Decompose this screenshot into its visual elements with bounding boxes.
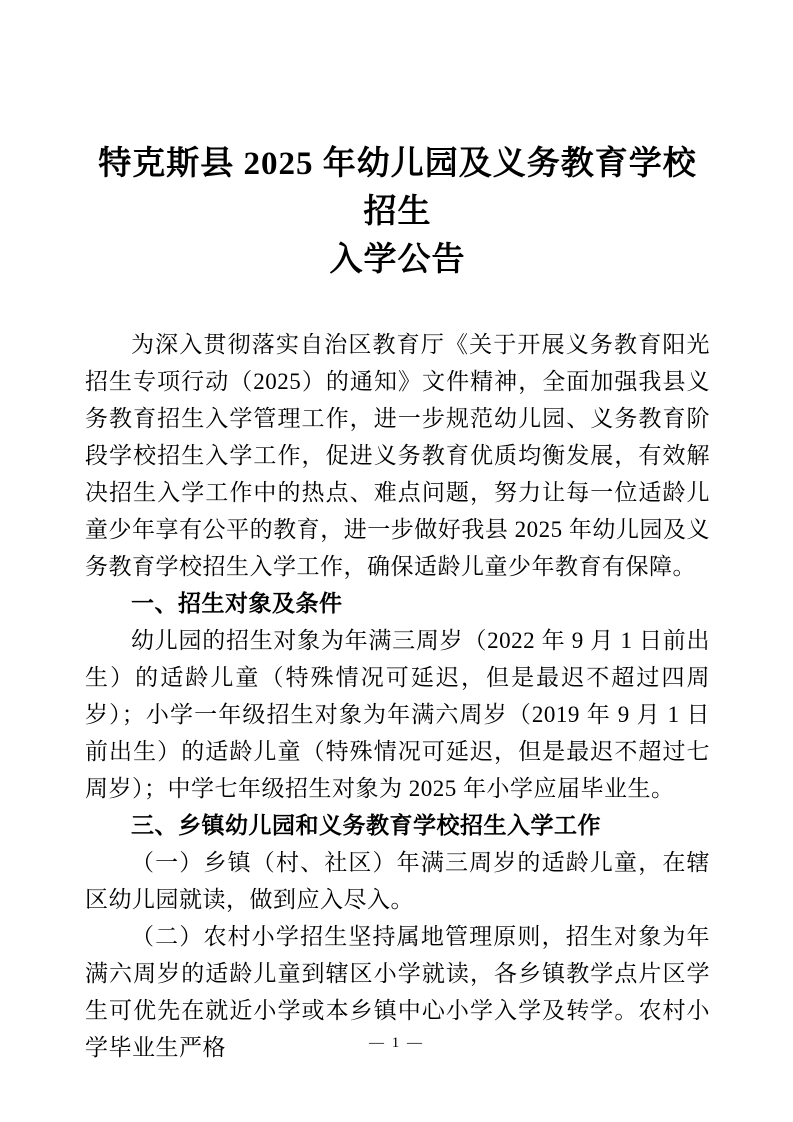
paragraph-intro: 为深入贯彻落实自治区教育厅《关于开展义务教育阳光招生专项行动（2025）的通知》… bbox=[85, 326, 710, 585]
document-title-line-2: 入学公告 bbox=[85, 236, 710, 284]
paragraph-item-1-township-kindergarten: （一）乡镇（村、社区）年满三周岁的适龄儿童，在辖区幼儿园就读，做到应入尽入。 bbox=[85, 844, 710, 918]
document-title-line-1: 特克斯县 2025 年幼儿园及义务教育学校招生 bbox=[85, 140, 710, 236]
heading-section-3-township-enrollment-work: 三、乡镇幼儿园和义务教育学校招生入学工作 bbox=[85, 807, 710, 844]
document-title: 特克斯县 2025 年幼儿园及义务教育学校招生 入学公告 bbox=[85, 140, 710, 284]
document-page: 特克斯县 2025 年幼儿园及义务教育学校招生 入学公告 为深入贯彻落实自治区教… bbox=[0, 0, 793, 1122]
heading-section-1-enrollment-targets: 一、招生对象及条件 bbox=[85, 585, 710, 622]
page-number: — 1 — bbox=[0, 1035, 793, 1052]
paragraph-enrollment-age-requirements: 幼儿园的招生对象为年满三周岁（2022 年 9 月 1 日前出生）的适龄儿童（特… bbox=[85, 622, 710, 807]
document-body: 为深入贯彻落实自治区教育厅《关于开展义务教育阳光招生专项行动（2025）的通知》… bbox=[85, 326, 710, 1066]
